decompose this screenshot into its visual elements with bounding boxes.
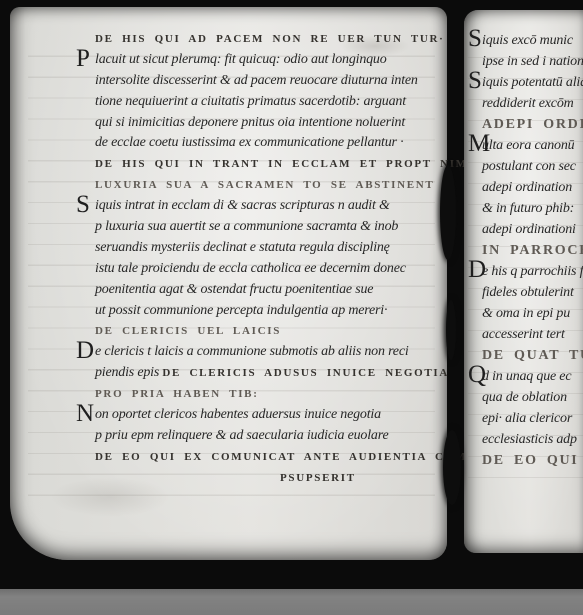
text-line: de ecclae coetu iustissima ex communicat… (85, 133, 443, 154)
rubric-line: PSUPSERIT (85, 468, 443, 489)
left-page: DE HIS QUI AD PACEM NON RE UER TUN TUR·P… (10, 7, 447, 560)
text-line: p priu epm relinquere & ad saecularia iu… (85, 426, 443, 447)
text-line: Siquis excō munic (470, 30, 583, 51)
text-line: & in futuro phib: (470, 198, 583, 219)
text-line: Siquis potentatū aliq (470, 72, 583, 93)
large-initial-letter: S (76, 194, 90, 216)
rubric-line: DE HIS QUI AD PACEM NON RE UER TUN TUR· (85, 29, 443, 50)
text-line: seruandis mysteriis declinat e statuta r… (85, 238, 443, 259)
text-line: ecclesiasticis adp (470, 429, 583, 450)
gutter-shadow (446, 300, 456, 360)
large-initial-letter: P (76, 48, 90, 70)
text-line: ut possit communione percepta indulgenti… (85, 301, 443, 322)
rubric-line: DE EO QUI ANAT (470, 450, 583, 471)
manuscript-photo: DE HIS QUI AD PACEM NON RE UER TUN TUR·P… (0, 0, 583, 615)
inline-rubric: DE CLERICIS ADUSUS INUICE NEGOTIA (162, 367, 449, 379)
text-line: istu tale proiciendu de eccla catholica … (85, 259, 443, 280)
rubric-line: DE CLERICIS UEL LAICIS (85, 321, 443, 342)
left-page-text: DE HIS QUI AD PACEM NON RE UER TUN TUR·P… (85, 29, 443, 489)
gutter-shadow (440, 165, 456, 260)
rubric-line: DE EO QUI EX COMUNICAT ANTE AUDIENTIA CO… (85, 447, 443, 468)
text-line: Multa eora canonū (470, 135, 583, 156)
rubric-line: DE QUAT TUOR (470, 345, 583, 366)
text-line: intersolite discesserint & ad pacem reuo… (85, 71, 443, 92)
text-line: adepi ordination (470, 177, 583, 198)
large-initial-letter: D (76, 340, 94, 362)
text-line: tione nequiuerint a ciuitatis primatus s… (85, 92, 443, 113)
right-page: Siquis excō municipse in sed i nationSiq… (464, 10, 583, 553)
large-initial-letter: Q (468, 364, 486, 386)
text-line: ipse in sed i nation (470, 51, 583, 72)
text-line: piendis epis DE CLERICIS ADUSUS INUICE N… (85, 363, 443, 384)
rubric-line: LUXURIA SUA A SACRAMEN TO SE ABSTINENT (85, 175, 443, 196)
text-line: postulant con sec (470, 156, 583, 177)
text-line: & oma in epi pu (470, 303, 583, 324)
text-line: fideles obtulerint (470, 282, 583, 303)
text-line: Siquis intrat in ecclam di & sacras scri… (85, 196, 443, 217)
text-line: Placuit ut sicut plerumq: fit quicuq: od… (85, 50, 443, 71)
text-line: Non oportet clericos habentes aduersus i… (85, 405, 443, 426)
text-line: accesserint tert (470, 324, 583, 345)
rubric-line: PRO PRIA HABEN TIB: (85, 384, 443, 405)
rubric-line: DE HIS QUI IN TRANT IN ECCLAM ET PROPT N… (85, 154, 443, 175)
text-line: reddiderit excōm (470, 93, 583, 114)
large-initial-letter: D (468, 259, 486, 281)
text-line: p luxuria sua auertit se a communione sa… (85, 217, 443, 238)
large-initial-letter: S (468, 70, 482, 92)
rubric-line: IN PARROCHI (470, 240, 583, 261)
gutter-shadow (443, 430, 461, 505)
text-line: De his q parrochiis f (470, 261, 583, 282)
large-initial-letter: S (468, 28, 482, 50)
text-line: poenitentia agat & ostendat fructu poeni… (85, 280, 443, 301)
text-line: epi· alia clericor (470, 408, 583, 429)
large-initial-letter: N (76, 403, 94, 425)
text-line: qua de oblation (470, 387, 583, 408)
text-line: De clericis t laicis a communione submot… (85, 342, 443, 363)
text-line: adepi ordinationi (470, 219, 583, 240)
text-line: Qd in unaq que ec (470, 366, 583, 387)
inline-text: piendis epis (95, 365, 162, 380)
text-line: qui si inimicitias deponere pnitus oia i… (85, 113, 443, 134)
film-strip (0, 589, 583, 615)
large-initial-letter: M (468, 133, 490, 155)
right-page-text: Siquis excō municipse in sed i nationSiq… (470, 30, 583, 471)
